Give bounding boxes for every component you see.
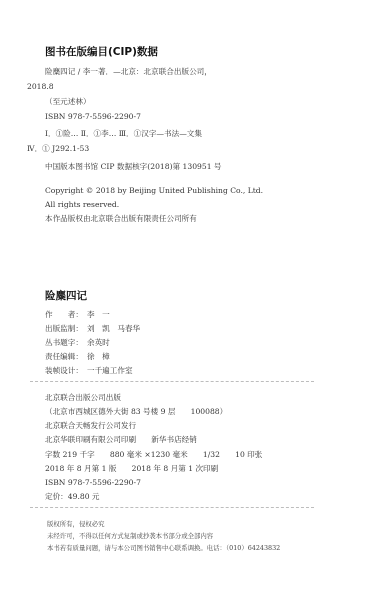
cip-classification-line2: Ⅳ．① J292.1-53 [27,144,89,154]
credit-label: 作 者： [45,310,87,320]
cip-heading: 图书在版编目(CIP)数据 [45,44,158,59]
credit-value: 一千遍工作室 [87,366,133,375]
printer: 北京华联印刷有限公司印刷 新华书店经销 [45,435,197,445]
copyright-line-en: Copyright © 2018 by Beijing United Publi… [45,186,263,196]
distributor: 北京联合天畅发行公司发行 [45,421,136,431]
cip-series: （至元述林） [45,97,91,107]
price: 定价：49.80 元 [45,492,100,502]
credit-editor: 责任编辑：徐 樟 [45,352,110,362]
credit-design: 装帧设计：一千遍工作室 [45,366,133,376]
specs: 字数 219 千字 880 毫米 ×1230 毫米 1/32 10 印张 [45,450,262,460]
credit-value: 李 一 [87,310,110,319]
book-title: 险麋四记 [45,288,87,303]
credit-value: 刘 凯 马春华 [87,324,140,333]
credit-label: 装帧设计： [45,366,87,376]
cip-classification-line1: Ⅰ．①险… Ⅱ．①李… Ⅲ．①汉字—书法—文集 [45,129,202,139]
publisher-address: （北京市西城区德外大街 83 号楼 9 层 100088） [45,407,227,417]
edition: 2018 年 8 月第 1 版 2018 年 8 月第 1 次印刷 [45,464,218,474]
cip-entry-line2: 2018.8 [27,82,54,92]
credit-label: 出版监制： [45,324,87,334]
credit-calligraphy: 丛书题字：余英时 [45,338,110,348]
credit-supervisor: 出版监制：刘 凯 马春华 [45,324,140,334]
publisher: 北京联合出版公司出版 [45,393,121,403]
copyright-line-cn: 本作品版权由北京联合出版有限责任公司所有 [45,214,197,224]
credit-value: 余英时 [87,338,110,347]
credit-author: 作 者：李 一 [45,310,110,320]
copyright-rights-reserved: All rights reserved. [45,200,119,210]
credit-label: 丛书题字： [45,338,87,348]
credit-value: 徐 樟 [87,352,110,361]
notice-no-copy: 未经许可，不得以任何方式复制或抄袭本书部分或全部内容 [47,532,213,541]
cip-isbn: ISBN 978-7-5596-2290-7 [45,112,141,122]
publication-isbn: ISBN 978-7-5596-2290-7 [45,478,141,488]
cip-number: 中国版本图书馆 CIP 数据核字(2018)第 130951 号 [45,162,222,172]
notice-quality: 本书若有质量问题，请与本公司图书销售中心联系调换。电话：（010）6424383… [47,544,280,553]
notice-rights: 版权所有，侵权必究 [47,520,105,529]
cip-entry-line1: 险麋四记 / 李一著．—北京：北京联合出版公司， [45,67,212,77]
separator-dashed [30,381,314,382]
separator-dashed [30,507,314,508]
credit-label: 责任编辑： [45,352,87,362]
